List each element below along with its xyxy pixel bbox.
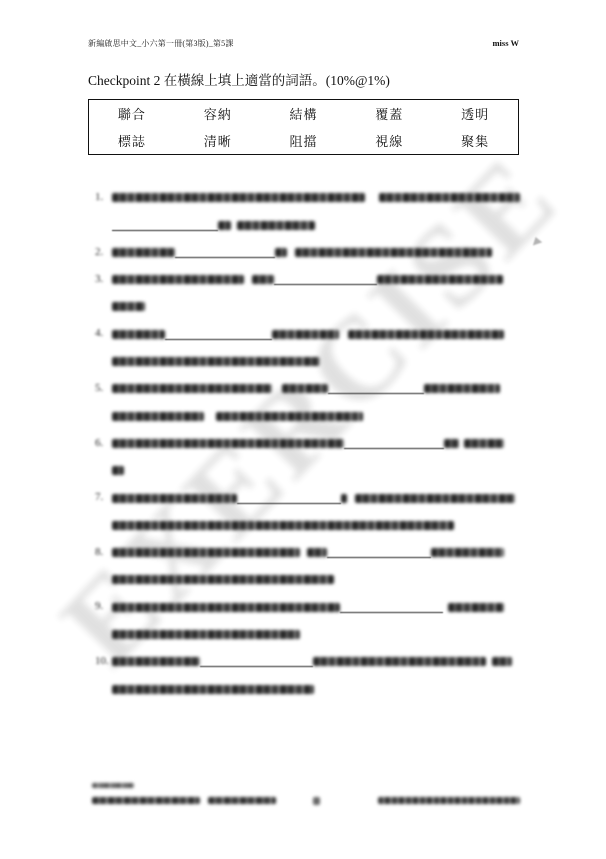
blurred-text-run	[112, 657, 200, 666]
text-gap	[347, 509, 355, 510]
question-item: 9.	[95, 591, 523, 646]
question-item: 8.	[95, 537, 523, 592]
answer-blank-line	[327, 556, 431, 558]
blurred-text-run	[307, 548, 327, 557]
question-number: 5.	[95, 373, 112, 428]
question-lines	[112, 482, 523, 537]
header-teacher-label: miss W	[492, 38, 519, 48]
question-line	[112, 264, 523, 291]
blurred-text-run	[112, 548, 300, 557]
question-line	[112, 510, 523, 537]
questions-list: 1.2.3.4.5.6.7.8.9.10.	[95, 182, 523, 701]
blurred-text-run	[112, 248, 175, 257]
question-line	[112, 373, 523, 400]
question-lines	[112, 373, 523, 428]
blurred-text-run	[348, 330, 504, 339]
question-line	[112, 482, 523, 509]
question-line	[112, 182, 523, 209]
blurred-text-run	[112, 439, 344, 448]
text-gap	[272, 399, 282, 400]
question-line	[112, 673, 523, 700]
footer-page-number-redacted	[313, 797, 320, 805]
blurred-text-run	[112, 275, 244, 284]
question-lines	[112, 318, 523, 373]
cursor-arrow-icon	[533, 237, 543, 248]
blurred-text-run	[313, 657, 486, 666]
blurred-text-run	[237, 221, 315, 230]
text-gap	[365, 208, 379, 209]
answer-blank-line	[165, 338, 272, 340]
blurred-text-run	[112, 494, 237, 503]
blurred-text-run	[112, 575, 334, 584]
footer-line	[90, 797, 521, 806]
text-gap	[443, 618, 448, 619]
word-bank-word: 清晰	[175, 127, 261, 154]
worksheet-page: 新編啟思中文_小六第一冊(第3版)_第5課 miss W Checkpoint …	[0, 0, 606, 859]
question-item: 6.	[95, 428, 523, 483]
blurred-text-run	[112, 302, 145, 311]
answer-blank-line	[340, 611, 443, 613]
blurred-text-run	[112, 193, 365, 202]
blurred-text-run	[112, 685, 314, 694]
blurred-text-run	[355, 494, 515, 503]
question-number: 9.	[95, 591, 112, 646]
blurred-text-run	[112, 630, 300, 639]
question-number: 7.	[95, 482, 112, 537]
page-header: 新編啟思中文_小六第一冊(第3版)_第5課 miss W	[88, 38, 519, 49]
question-line	[112, 619, 523, 646]
text-gap	[486, 672, 492, 673]
question-line	[112, 400, 523, 427]
question-item: 7.	[95, 482, 523, 537]
footer-left-redacted	[92, 797, 276, 804]
blurred-text-run	[112, 466, 124, 475]
question-lines	[112, 646, 523, 701]
blurred-text-run	[272, 330, 339, 339]
question-line	[112, 318, 523, 345]
blurred-text-run	[492, 657, 512, 666]
question-line	[112, 455, 523, 482]
blurred-text-run	[341, 494, 347, 503]
text-gap	[244, 290, 252, 291]
question-item: 2.	[95, 237, 523, 264]
question-lines	[112, 537, 523, 592]
word-bank-word: 透明	[432, 100, 518, 127]
text-gap	[200, 803, 208, 804]
blurred-text-run	[252, 275, 274, 284]
text-gap	[459, 454, 464, 455]
blurred-text-run	[112, 330, 165, 339]
blurred-text-run	[218, 221, 231, 230]
question-line	[112, 237, 523, 264]
blurred-text-run	[377, 275, 503, 284]
blurred-text-run	[112, 357, 320, 366]
answer-blank-line	[344, 447, 444, 449]
footer-note-redacted	[92, 783, 134, 788]
blurred-text-run	[275, 248, 287, 257]
question-line	[112, 591, 523, 618]
word-bank-word: 標誌	[89, 127, 175, 154]
footer-doc-code-redacted	[378, 797, 520, 804]
word-bank-word: 阻擋	[261, 127, 347, 154]
answer-blank-line	[200, 665, 313, 667]
answer-blank-line	[237, 502, 341, 504]
blurred-text-run	[112, 412, 204, 421]
footer-blurred-text	[92, 797, 200, 804]
blurred-text-run	[216, 412, 363, 421]
question-lines	[112, 428, 523, 483]
question-line	[112, 346, 523, 373]
page-footer	[90, 783, 521, 815]
word-bank-word: 聯合	[89, 100, 175, 127]
checkpoint-title: Checkpoint 2 在橫線上填上適當的詞語。(10%@1%)	[88, 69, 390, 89]
blurred-text-run	[112, 384, 272, 393]
blurred-text-run	[444, 439, 459, 448]
blurred-text-run	[431, 548, 504, 557]
question-number: 4.	[95, 318, 112, 373]
question-line	[112, 291, 523, 318]
blurred-text-run	[448, 603, 504, 612]
answer-blank-line	[112, 229, 218, 231]
question-lines	[112, 264, 523, 319]
question-lines	[112, 182, 523, 237]
header-course-label: 新編啟思中文_小六第一冊(第3版)_第5課	[88, 38, 234, 49]
blurred-text-run	[112, 603, 340, 612]
question-item: 4.	[95, 318, 523, 373]
answer-blank-line	[175, 256, 275, 258]
word-bank-word: 結構	[261, 100, 347, 127]
question-number: 6.	[95, 428, 112, 483]
question-number: 1.	[95, 182, 112, 237]
text-gap	[339, 345, 348, 346]
question-item: 5.	[95, 373, 523, 428]
word-bank-word: 覆蓋	[346, 100, 432, 127]
footer-blurred-text	[208, 797, 276, 804]
word-bank-table: 聯合容納結構覆蓋透明標誌清晰阻擋視線聚集	[88, 99, 519, 155]
answer-blank-line	[328, 392, 424, 394]
blurred-text-run	[464, 439, 504, 448]
blurred-text-run	[379, 193, 520, 202]
blurred-text-run	[295, 248, 492, 257]
text-gap	[300, 563, 307, 564]
question-lines	[112, 591, 523, 646]
question-line	[112, 646, 523, 673]
answer-blank-line	[274, 283, 377, 285]
question-line	[112, 209, 523, 236]
blurred-text-run	[282, 384, 328, 393]
question-number: 10.	[95, 646, 112, 701]
question-number: 3.	[95, 264, 112, 319]
question-item: 10.	[95, 646, 523, 701]
question-line	[112, 564, 523, 591]
question-line	[112, 428, 523, 455]
question-line	[112, 537, 523, 564]
question-number: 8.	[95, 537, 112, 592]
blurred-text-run	[424, 384, 500, 393]
word-bank-word: 容納	[175, 100, 261, 127]
question-number: 2.	[95, 237, 112, 264]
question-item: 3.	[95, 264, 523, 319]
question-lines	[112, 237, 523, 264]
word-bank-word: 聚集	[432, 127, 518, 154]
word-bank-word: 視線	[346, 127, 432, 154]
question-item: 1.	[95, 182, 523, 237]
blurred-text-run	[112, 521, 454, 530]
